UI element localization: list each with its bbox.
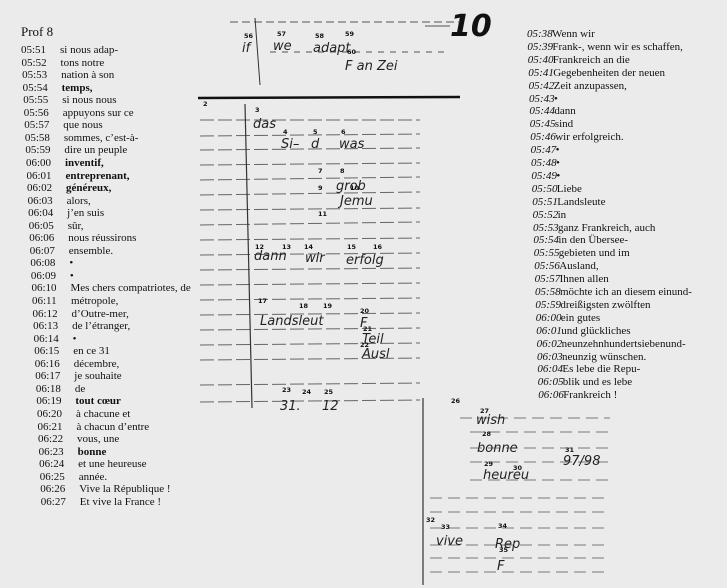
note-number: 13 <box>282 243 291 251</box>
note-number: 30 <box>513 464 523 472</box>
handwritten-word: if <box>242 41 253 56</box>
handwritten-word: wir <box>305 251 326 266</box>
note-number: 59 <box>345 30 355 38</box>
note-number: 56 <box>244 32 254 40</box>
note-number: 11 <box>318 210 328 218</box>
note-number: 26 <box>451 397 461 405</box>
note-number: 6 <box>341 128 346 136</box>
note-number: 25 <box>324 388 334 396</box>
note-number: 60 <box>347 48 357 56</box>
note-number: 16 <box>373 243 383 251</box>
handwritten-word: F <box>497 559 505 574</box>
handwritten-word: dann <box>254 249 287 264</box>
page-number: 10 <box>450 9 492 44</box>
note-number: 29 <box>484 460 494 468</box>
handwritten-word: heureu <box>483 468 529 483</box>
handwritten-word: Si– <box>281 137 299 152</box>
note-number: 14 <box>304 243 314 251</box>
note-number: 28 <box>482 430 492 438</box>
note-number: 20 <box>360 307 370 315</box>
note-number: 7 <box>318 167 323 175</box>
handwritten-word: was <box>339 137 365 152</box>
handwritten-notes: 10 <box>0 0 727 588</box>
note-number: 4 <box>283 128 288 136</box>
handwritten-word: F an Zei <box>345 59 398 74</box>
handwritten-word: d <box>311 137 320 152</box>
handwritten-word: das <box>253 117 276 132</box>
note-number: 9 <box>318 184 323 192</box>
handwritten-word: we <box>273 39 292 54</box>
note-number: 5 <box>313 128 318 136</box>
handwritten-word: erfolg <box>346 253 384 268</box>
note-number: 33 <box>441 523 450 531</box>
note-number: 34 <box>498 522 508 530</box>
note-number: 24 <box>302 388 312 396</box>
handwritten-word: adapt <box>313 41 351 56</box>
handwritten-word: 12 <box>322 399 339 414</box>
handwritten-word: Ausl <box>361 347 390 362</box>
note-number: 8 <box>340 167 345 175</box>
handwritten-word: bonne <box>477 441 518 456</box>
handwritten-word: wish <box>476 413 505 428</box>
note-number: 17 <box>258 297 267 305</box>
handwritten-word: vive <box>436 534 463 549</box>
note-number: 18 <box>299 302 309 310</box>
note-number: 32 <box>426 516 435 524</box>
note-number: 19 <box>323 302 333 310</box>
note-number: 58 <box>315 32 325 40</box>
note-number: 15 <box>347 243 357 251</box>
handwritten-word: Jemu <box>337 194 373 209</box>
handwritten-word: 31. <box>280 399 301 414</box>
note-number: 35 <box>499 546 509 554</box>
note-number: 31 <box>565 446 575 454</box>
note-number: 23 <box>282 386 291 394</box>
note-number: 10 <box>350 184 360 192</box>
note-number: 3 <box>255 106 260 114</box>
note-number: 2 <box>203 100 208 108</box>
note-number: 57 <box>277 30 286 38</box>
handwritten-word: 97/98 <box>563 454 600 469</box>
handwritten-word: Landsleut <box>260 314 324 329</box>
